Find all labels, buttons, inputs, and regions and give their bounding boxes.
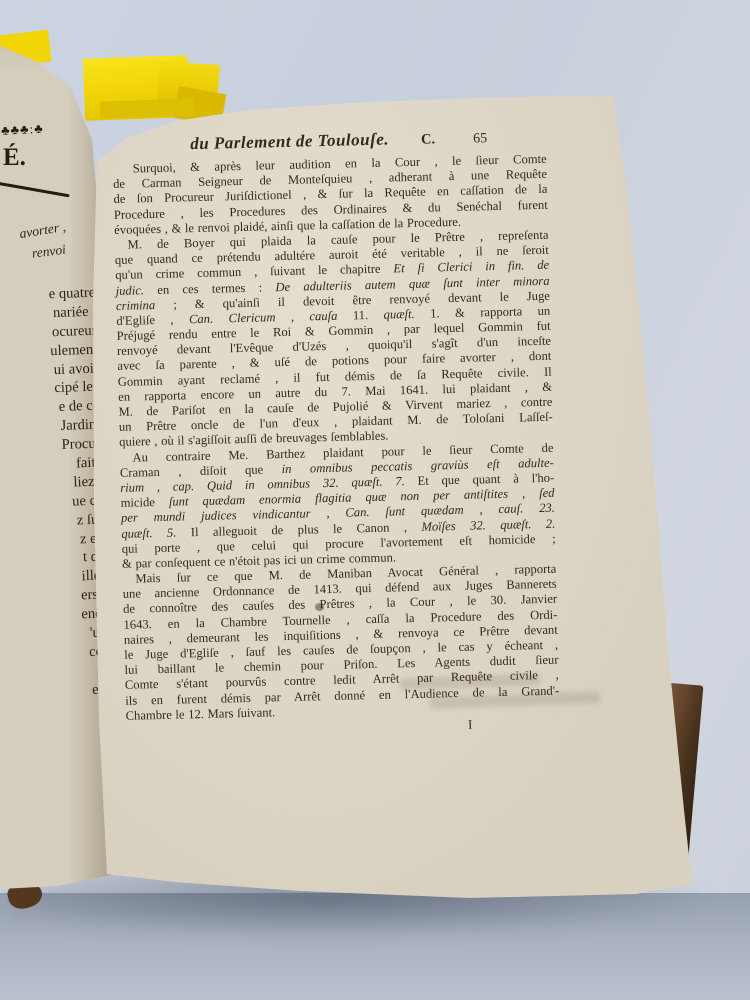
page-content: du Parlement de Toulouſe. C. 65 Surquoi,… <box>112 126 560 740</box>
signature-mark: I <box>468 715 560 732</box>
printer-ornament-icon: ♣♣♣:♣ <box>1 119 72 139</box>
book-photo: ♣♣♣:♣ É. avorter , renvoi e quatrenariée… <box>0 0 750 1000</box>
sticky-tab-icon <box>100 98 195 118</box>
left-page-text-fragment: oi <box>16 737 115 759</box>
left-page-heading-fragment: É. <box>3 144 26 172</box>
right-page: du Parlement de Toulouſe. C. 65 Surquoi,… <box>0 0 750 1000</box>
margin-note-fragment: renvoi <box>0 240 77 265</box>
section-letter: C. <box>421 131 436 148</box>
page-number: 65 <box>473 131 487 147</box>
body-text: Surquoi, & après leur audition en la Cou… <box>113 152 560 724</box>
margin-note-fragment: avorter , <box>0 219 67 245</box>
running-title: du Parlement de Toulouſe. <box>190 129 389 154</box>
heading-rule <box>0 182 70 197</box>
ink-stain <box>645 318 649 322</box>
